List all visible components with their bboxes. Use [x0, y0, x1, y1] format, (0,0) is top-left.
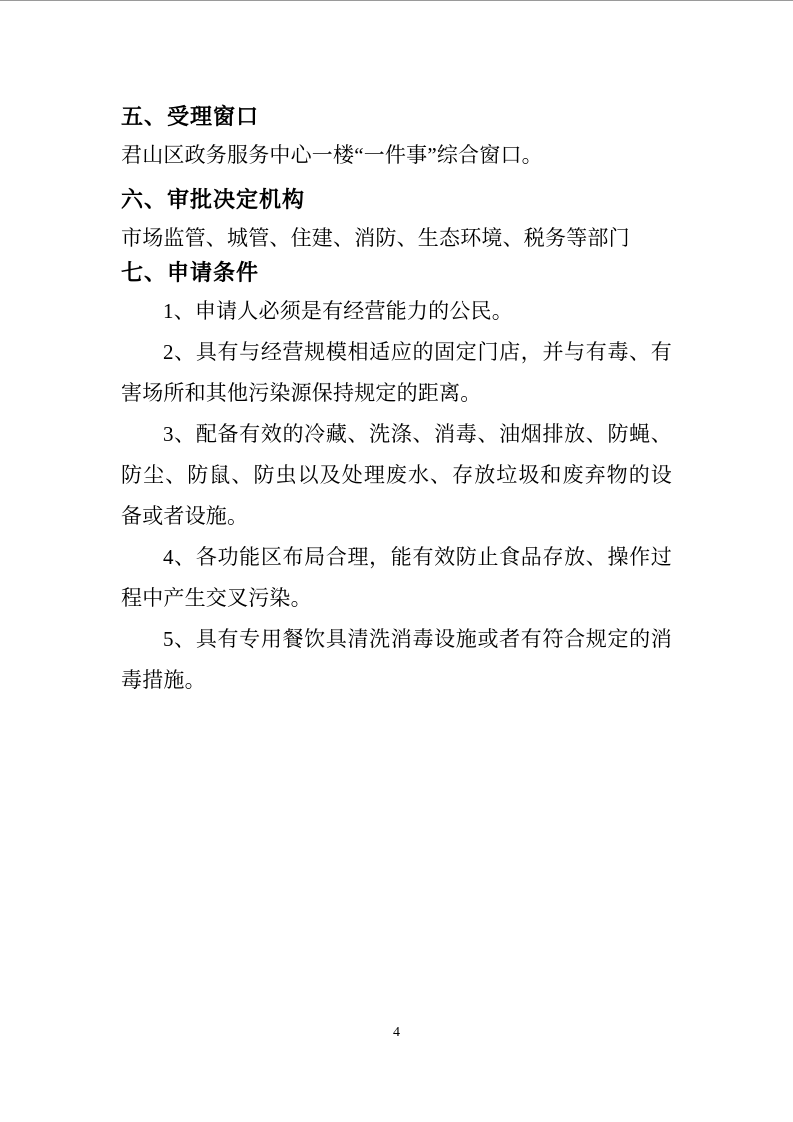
para-acceptance-window-location: 君山区政务服务中心一楼“一件事”综合窗口。: [121, 135, 672, 176]
heading-application-conditions: 七、申请条件: [121, 261, 672, 285]
para-condition-2: 2、具有与经营规模相适应的固定门店，并与有毒、有害场所和其他污染源保持规定的距离…: [121, 332, 672, 414]
para-approval-departments: 市场监管、城管、住建、消防、生态环境、税务等部门: [121, 218, 672, 259]
page-number: 4: [0, 1023, 793, 1043]
document-page: 五、受理窗口 君山区政务服务中心一楼“一件事”综合窗口。 六、审批决定机构 市场…: [0, 0, 793, 1122]
para-condition-3: 3、配备有效的冷藏、洗涤、消毒、油烟排放、防蝇、防尘、防鼠、防虫以及处理废水、存…: [121, 414, 672, 537]
para-condition-5: 5、具有专用餐饮具清洗消毒设施或者有符合规定的消毒措施。: [121, 619, 672, 701]
heading-approval-decision-authority: 六、审批决定机构: [121, 188, 672, 212]
document-body: 五、受理窗口 君山区政务服务中心一楼“一件事”综合窗口。 六、审批决定机构 市场…: [121, 105, 672, 701]
heading-acceptance-window: 五、受理窗口: [121, 105, 672, 129]
para-condition-1: 1、申请人必须是有经营能力的公民。: [121, 291, 672, 332]
para-condition-4: 4、各功能区布局合理，能有效防止食品存放、操作过程中产生交叉污染。: [121, 537, 672, 619]
